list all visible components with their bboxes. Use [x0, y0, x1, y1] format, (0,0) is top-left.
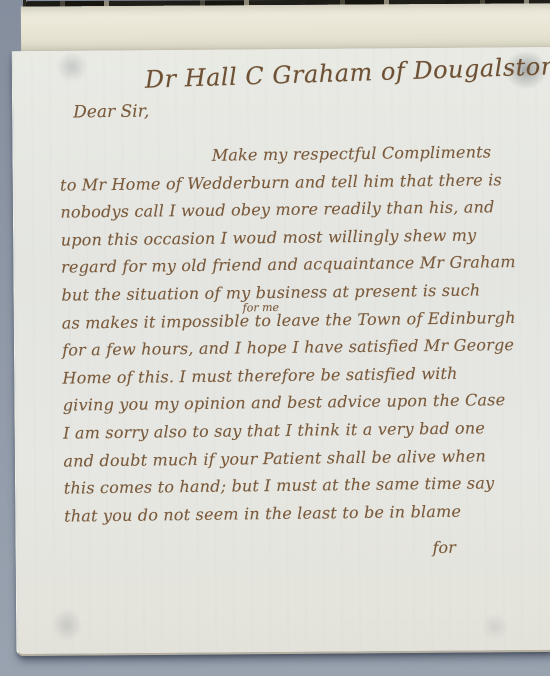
- letter-line: for a few hours, and I hope I have satis…: [62, 331, 532, 364]
- manuscript-scan: Dr Hall C Graham of Dougalston Dear Sir,…: [0, 0, 550, 676]
- letter-line: that you do not seem in the least to be …: [64, 497, 534, 530]
- handwriting-layer: Dr Hall C Graham of Dougalston Dear Sir,…: [0, 0, 550, 676]
- letter-docket-heading: Dr Hall C Graham of Dougalston: [144, 53, 545, 94]
- letter-body: Make my respectful Compliments to Mr Hom…: [60, 138, 535, 530]
- catchword: for: [432, 538, 455, 557]
- interlinear-insertion: for me: [243, 301, 280, 314]
- letter-line: this comes to hand; but I must at the sa…: [64, 469, 534, 502]
- letter-salutation: Dear Sir,: [73, 102, 149, 123]
